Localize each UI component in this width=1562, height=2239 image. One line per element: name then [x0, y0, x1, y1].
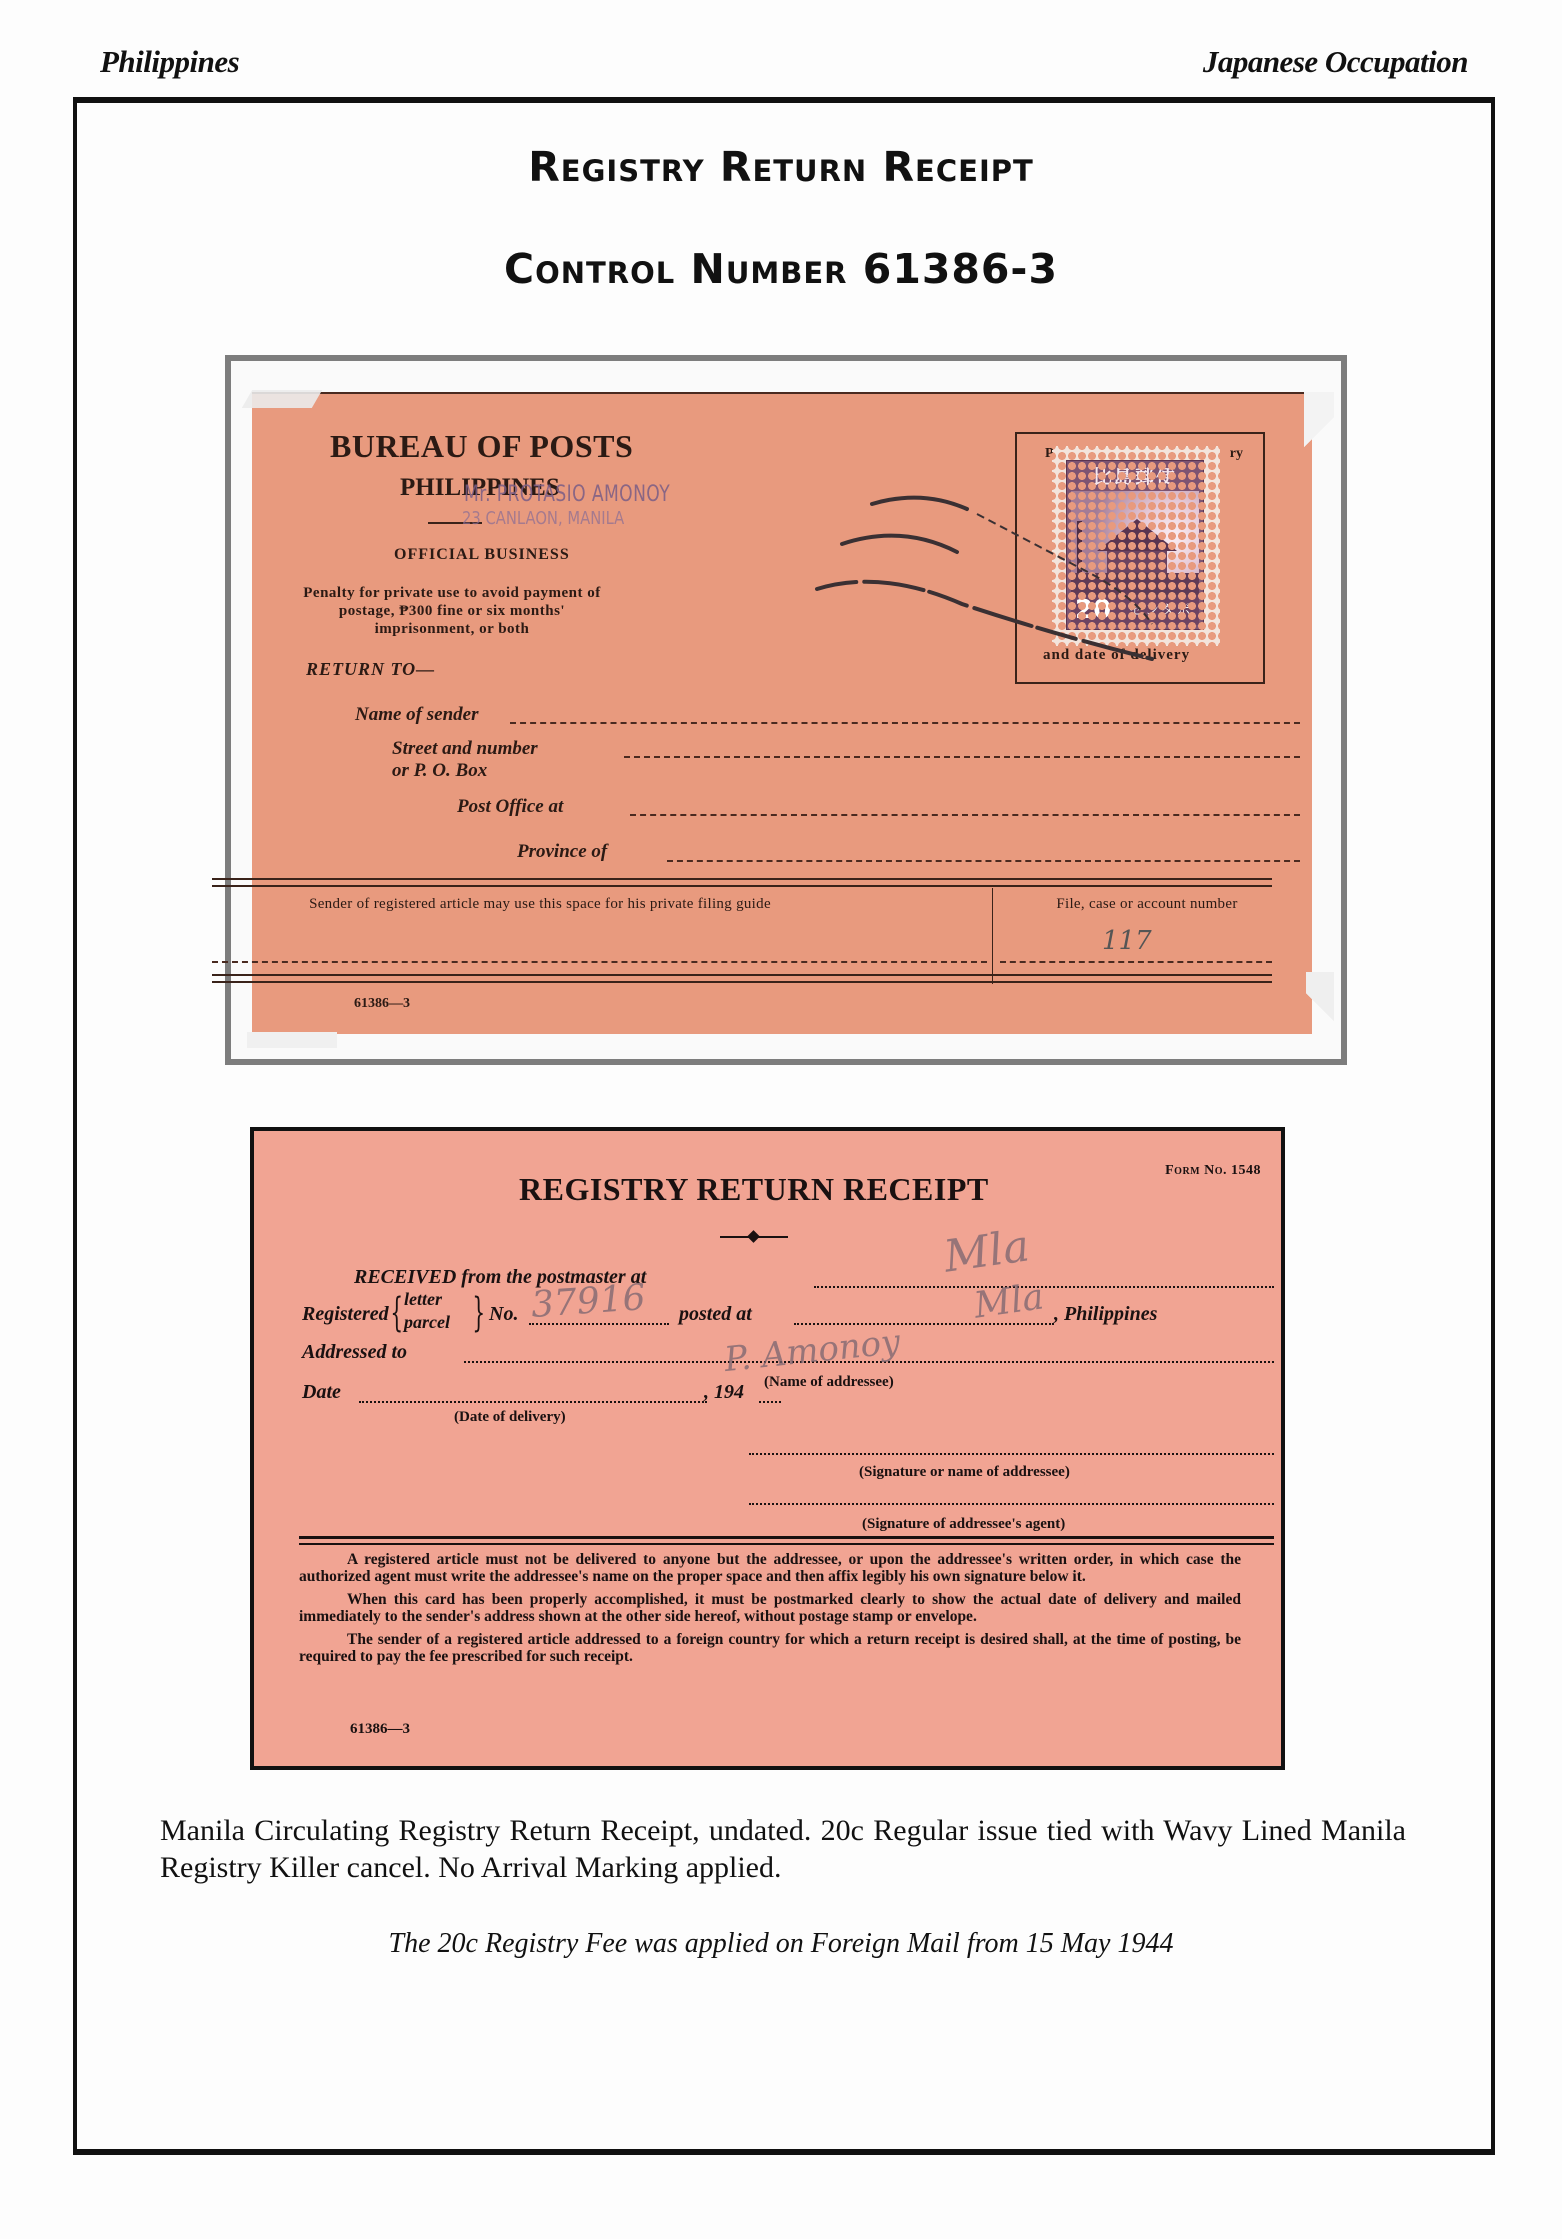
postage-stamp-20c: 比島郵便 20 センタボ [1052, 446, 1220, 646]
handwritten-posted-at: Mla [971, 1276, 1046, 1326]
double-rule-bottom [212, 981, 1272, 983]
penalty-notice: Penalty for private use to avoid payment… [302, 584, 602, 638]
stamp-grass [1071, 573, 1199, 595]
name-of-sender-line [510, 722, 1300, 724]
double-rule-top [212, 878, 1272, 880]
sender-handstamp-address: 23 CANLAON, MANILA [462, 508, 624, 529]
post-office-label: Post Office at [457, 796, 563, 818]
filing-line [212, 961, 987, 963]
letter-option: letter [404, 1288, 442, 1310]
rate-note: The 20c Registry Fee was applied on Fore… [0, 1928, 1562, 1960]
handwritten-postmaster: Mla [941, 1220, 1033, 1282]
filing-guide-label: Sender of registered article may use thi… [260, 896, 820, 913]
philippines-label: , Philippines [1054, 1303, 1157, 1325]
addressed-to-label: Addressed to [302, 1341, 407, 1363]
date-label: Date [302, 1381, 341, 1403]
signature-addressee-line [749, 1453, 1274, 1455]
receipt-title: REGISTRY RETURN RECEIPT [519, 1171, 989, 1208]
stamp-design: 比島郵便 20 センタボ [1066, 460, 1204, 630]
photo-corner [247, 1032, 337, 1048]
instructions: A registered article must not be deliver… [299, 1551, 1241, 1671]
brace-open: { [390, 1293, 403, 1333]
file-number-label: File, case or account number [1007, 896, 1287, 913]
date-of-delivery-caption: (Date of delivery) [454, 1406, 566, 1428]
signature-addressee-caption: (Signature or name of addressee) [859, 1461, 1070, 1483]
official-business-label: OFFICIAL BUSINESS [394, 546, 570, 564]
double-rule [299, 1543, 1274, 1545]
stamp-box-text: ry [1230, 446, 1243, 462]
photo-corner [242, 390, 322, 408]
item-description: Manila Circulating Registry Return Recei… [160, 1812, 1406, 1886]
year-line [759, 1401, 781, 1403]
year-prefix: , 194 [704, 1381, 744, 1403]
stamp-kanji: 比島郵便 [1071, 465, 1199, 489]
instruction-paragraph: The sender of a registered article addre… [299, 1631, 1241, 1665]
card-control-number: 61386—3 [350, 1721, 410, 1738]
street-line [624, 756, 1300, 758]
name-of-sender-label: Name of sender [355, 704, 478, 726]
instruction-paragraph: A registered article must not be deliver… [299, 1551, 1241, 1585]
handwritten-registry-number: 37916 [530, 1277, 647, 1326]
card-control-number: 61386—3 [354, 996, 410, 1012]
photo-corner [1304, 392, 1334, 472]
return-receipt-back-card: REGISTRY RETURN RECEIPT Form No. 1548 RE… [250, 1127, 1285, 1770]
number-label: No. [489, 1303, 518, 1325]
file-number-line [1000, 961, 1272, 963]
instruction-paragraph: When this card has been properly accompl… [299, 1591, 1241, 1625]
file-number-handwritten: 117 [1102, 926, 1152, 956]
province-label: Province of [517, 841, 607, 863]
registered-label: Registered [302, 1303, 389, 1325]
province-line [667, 860, 1300, 862]
signature-agent-line [749, 1503, 1274, 1505]
control-number-title: Control Number 61386-3 [0, 245, 1562, 293]
signature-agent-caption: (Signature of addressee's agent) [862, 1513, 1065, 1535]
form-number: Form No. 1548 [1165, 1163, 1261, 1179]
column-divider [992, 888, 993, 984]
diamond-ornament-icon [747, 1230, 760, 1243]
name-of-addressee-caption: (Name of addressee) [764, 1371, 894, 1393]
double-rule-bottom [212, 974, 1272, 976]
page-header-period: Japanese Occupation [1203, 44, 1468, 80]
date-line [359, 1401, 707, 1403]
street-label: Street and number [392, 738, 538, 760]
photo-corner [1306, 972, 1334, 1042]
double-rule-top [212, 885, 1272, 887]
nipa-hut-icon [1097, 519, 1177, 551]
return-to-label: RETURN TO— [306, 659, 435, 680]
post-office-line [630, 814, 1300, 816]
sender-handstamp-name: Mr. PROTASIO AMONOY [464, 482, 670, 507]
po-box-label: or P. O. Box [392, 760, 487, 782]
page-title: Registry Return Receipt [0, 143, 1562, 191]
stamp-box-caption: and date of delivery [1043, 647, 1190, 664]
bureau-heading: BUREAU OF POSTS [330, 428, 633, 465]
double-rule [299, 1536, 1274, 1539]
parcel-option: parcel [404, 1311, 450, 1333]
brace-close: } [472, 1293, 485, 1333]
stamp-value: 20 [1075, 595, 1111, 625]
postmaster-line [814, 1286, 1274, 1288]
posted-at-label: posted at [679, 1303, 752, 1325]
stamp-currency: センタボ [1129, 600, 1192, 620]
return-receipt-front-card: BUREAU OF POSTS PHILIPPINES OFFICIAL BUS… [252, 392, 1312, 1034]
posted-at-line [794, 1323, 1054, 1325]
page-header-country: Philippines [100, 44, 239, 80]
